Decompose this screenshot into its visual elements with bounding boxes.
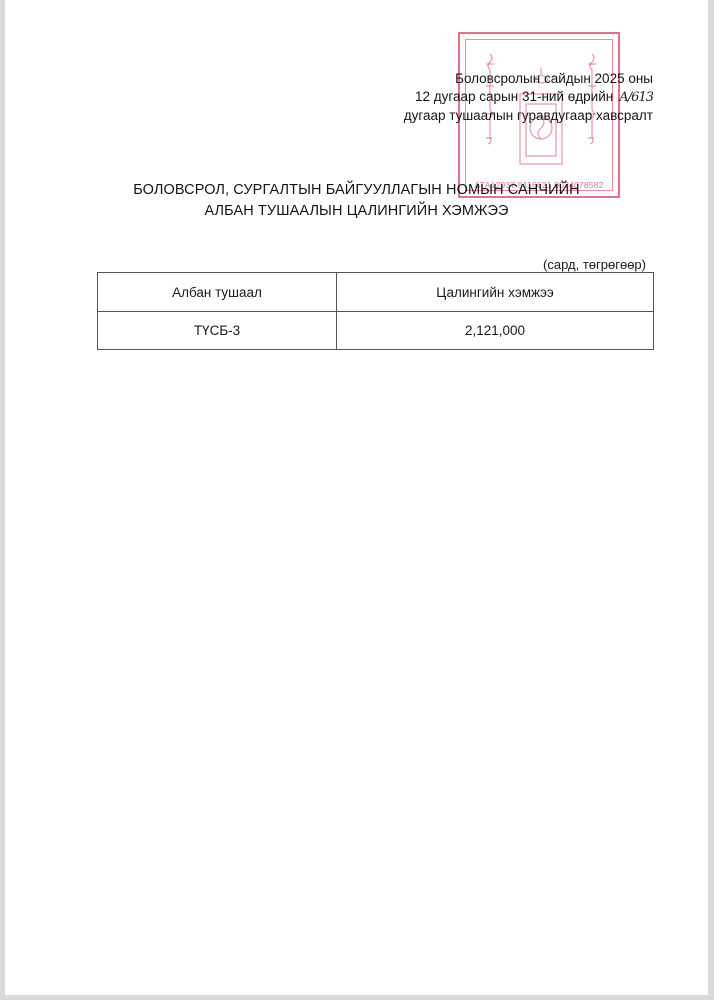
annex-line-3: дугаар тушаалын гуравдугаар хавсралт — [404, 107, 653, 125]
table-header-row: Албан тушаал Цалингийн хэмжээ — [98, 273, 654, 312]
document-title: БОЛОВСРОЛ, СУРГАЛТЫН БАЙГУУЛЛАГЫН НОМЫН … — [5, 180, 708, 222]
cell-salary: 2,121,000 — [337, 312, 654, 350]
annex-line-2-text: 12 дугаар сарын 31-ний өдрийн — [415, 89, 613, 104]
cell-position: ТҮСБ-3 — [98, 312, 337, 350]
annex-reference: Боловсролын сайдын 2025 оны 12 дугаар са… — [404, 70, 653, 125]
salary-table: Албан тушаал Цалингийн хэмжээ ТҮСБ-3 2,1… — [97, 272, 654, 350]
annex-line-2: 12 дугаар сарын 31-ний өдрийн А/613 — [404, 88, 653, 107]
table-row: ТҮСБ-3 2,121,000 — [98, 312, 654, 350]
title-line-2: АЛБАН ТУШААЛЫН ЦАЛИНГИЙН ХЭМЖЭЭ — [5, 201, 708, 222]
order-number-handwritten: А/613 — [619, 90, 653, 105]
title-line-1: БОЛОВСРОЛ, СУРГАЛТЫН БАЙГУУЛЛАГЫН НОМЫН … — [5, 180, 708, 201]
header-position: Албан тушаал — [98, 273, 337, 312]
annex-line-1: Боловсролын сайдын 2025 оны — [404, 70, 653, 88]
header-salary: Цалингийн хэмжээ — [337, 273, 654, 312]
unit-note: (сард, төгрөгөөр) — [543, 257, 646, 272]
document-page: АТА12937 9116621 9024078582 Боловсролын … — [5, 0, 708, 995]
